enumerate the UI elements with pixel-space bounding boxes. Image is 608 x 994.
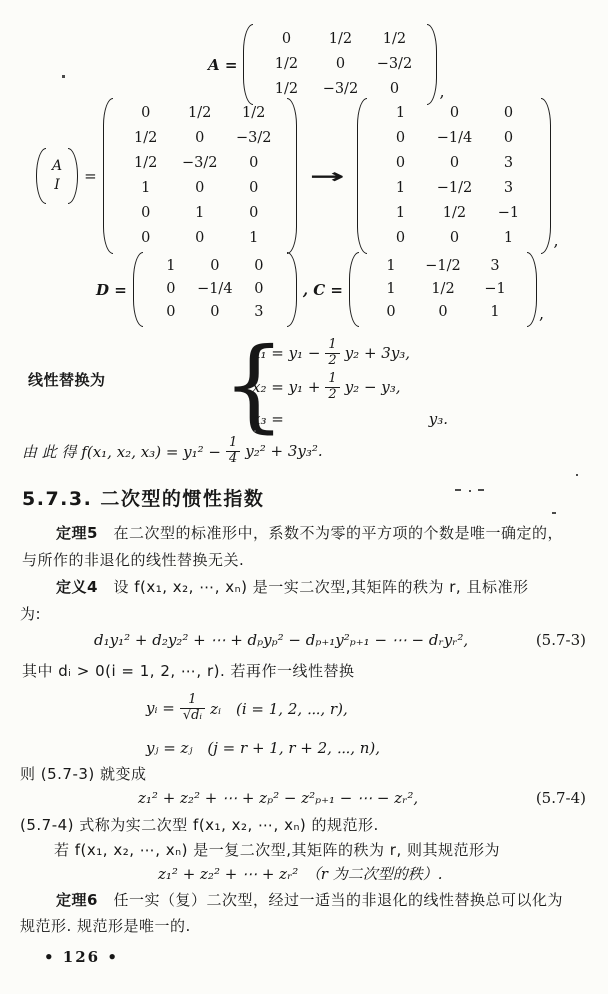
matrix-cell: 0 — [373, 226, 427, 251]
matrix-cell: 0 — [119, 201, 173, 226]
fraction: 1√dᵢ — [180, 693, 205, 723]
matrix-cell: 0 — [481, 126, 535, 151]
matrix-cell: 0 — [427, 151, 481, 176]
matrix-cell: −1 — [481, 201, 535, 226]
matrix-cell: 0 — [173, 176, 227, 201]
matrix-cell: 1/2 — [119, 126, 173, 151]
matrix-cell: 1/2 — [173, 101, 227, 126]
eq-fragment: y₂ − y₃, — [345, 378, 401, 396]
augmented-matrix-after: 100 0−1/40 003 1−1/23 11/2−1 001 — [367, 98, 541, 254]
equation-574-body: z₁² + z₂² + ⋯ + zₚ² − z²ₚ₊₁ − ⋯ − zᵣ², — [138, 789, 418, 807]
definition4-line1: 定义4 设 f(x₁, x₂, ⋯, xₙ) 是一实二次型,其矩阵的秩为 r, … — [56, 575, 528, 599]
matrix-cell: 1 — [373, 101, 427, 126]
eq-fragment: x₁ = y₁ − — [252, 344, 320, 362]
matrix-cell: 0 — [313, 52, 367, 77]
complex-canonical-equation: z₁² + z₂² + ⋯ + zᵣ² （r 为二次型的秩）. — [158, 863, 443, 884]
equals-sign: = — [78, 167, 103, 185]
theorem6-line2: 规范形. 规范形是唯一的. — [20, 914, 191, 938]
matrix-cell: −1/4 — [427, 126, 481, 151]
right-paren — [427, 24, 437, 105]
matrix-a: 01/21/2 1/20−3/2 1/2−3/20 — [253, 24, 427, 105]
normform-line: (5.7-4) 式称为实二次型 f(x₁, x₂, ⋯, xₙ) 的规范形. — [20, 813, 379, 837]
matrix-cell: 1/2 — [119, 151, 173, 176]
fraction-numerator: 1 — [188, 693, 196, 708]
matrix-cell: 1 — [365, 278, 417, 301]
matrix-cell: −1/2 — [427, 176, 481, 201]
matrix-cell: 0 — [173, 226, 227, 251]
scan-speck — [552, 512, 556, 514]
matrix-cell: 0 — [259, 27, 313, 52]
matrix-c: 1−1/23 11/2−1 001 — [359, 252, 527, 327]
substitution-eq2: yⱼ = zⱼ (j = r + 1, r + 2, ⋯, n), — [146, 737, 380, 758]
equation-574-tag: (5.7-4) — [536, 789, 586, 807]
eq-fragment: 由 此 得 f(x₁, x₂, x₃) = y₁² − — [22, 441, 221, 462]
matrix-cell: 0 — [237, 278, 281, 301]
matrix-cell: 0 — [373, 151, 427, 176]
matrix-cell: 1 — [365, 255, 417, 278]
scan-speck — [576, 474, 578, 476]
matrix-cell: 3 — [481, 176, 535, 201]
matrix-cell: 1 — [481, 226, 535, 251]
among-line: 其中 dᵢ > 0(i = 1, 2, ⋯, r). 若再作一线性替换 — [22, 659, 355, 683]
matrix-cell: 0 — [173, 126, 227, 151]
right-paren — [287, 98, 297, 254]
matrix-cell: 1/2 — [313, 27, 367, 52]
fraction-denominator: 2 — [325, 353, 339, 369]
substitution-label: 线性替换为 — [28, 368, 106, 392]
matrix-cell: 0 — [373, 126, 427, 151]
right-paren — [541, 98, 551, 254]
matrix-cell: −1/2 — [417, 255, 469, 278]
left-paren — [349, 252, 359, 327]
eq-fragment: zᵢ (i = 1, 2, ⋯, r), — [210, 698, 348, 719]
theorem6-line1: 定理6 任一实（复）二次型，经过一适当的非退化的线性替换总可以化为 — [56, 888, 563, 912]
eq-fragment: y₃. — [429, 410, 448, 428]
left-paren — [357, 98, 367, 254]
theorem5-text: 在二次型的标准形中，系数不为零的平方项的个数是唯一确定的， — [113, 524, 563, 542]
scan-speck — [455, 489, 461, 491]
matrix-cell: −1/4 — [193, 278, 237, 301]
theorem5-label: 定理5 — [56, 524, 98, 542]
matrix-cell: 0 — [119, 226, 173, 251]
ai-stack: A I — [36, 148, 78, 204]
matrix-cell: 3 — [469, 255, 521, 278]
fraction-numerator: 1 — [328, 338, 336, 353]
fraction-denominator: √dᵢ — [180, 708, 205, 724]
fraction-numerator: 1 — [229, 436, 237, 451]
stack-bottom-i: I — [54, 176, 60, 195]
matrix-c-lhs: , C = — [297, 281, 349, 299]
equation-573: d₁y₁² + d₂y₂² + ⋯ + dₚyₚ² − dₚ₊₁y²ₚ₊₁ − … — [22, 631, 586, 649]
fraction-numerator: 1 — [328, 372, 336, 387]
theorem6-text: 任一实（复）二次型，经过一适当的非退化的线性替换总可以化为 — [113, 891, 563, 909]
scan-speck — [254, 430, 256, 432]
scan-speck — [62, 75, 65, 78]
matrix-cell: 1 — [373, 201, 427, 226]
augmented-matrix-before: 01/21/2 1/20−3/2 1/2−3/20 100 010 001 — [113, 98, 287, 254]
matrix-d-lhs: D = — [90, 281, 133, 299]
substitution-line-3: x₃ = y₃. — [252, 406, 448, 432]
ai-stack-body: A I — [46, 148, 68, 204]
section-heading: 5.7.3. 二次型的惯性指数 — [22, 484, 264, 511]
fraction: 12 — [325, 372, 339, 402]
substitution-line-1: x₁ = y₁ − 12 y₂ + 3y₃, — [252, 338, 448, 368]
definition4-text: 设 f(x₁, x₂, ⋯, xₙ) 是一实二次型,其矩阵的秩为 r, 且标准形 — [113, 578, 528, 596]
eq-fragment: x₃ = — [252, 410, 284, 428]
fraction: 14 — [226, 436, 240, 466]
equation-d-c-matrices: D = 100 0−1/40 003 , C = 1−1/23 11/2−1 0… — [90, 252, 544, 327]
matrix-cell: 1 — [149, 255, 193, 278]
theorem5-line2: 与所作的非退化的线性替换无关. — [22, 548, 244, 572]
scan-speck — [478, 489, 484, 491]
eq-fragment: yᵢ = — [146, 699, 175, 717]
matrix-cell: 0 — [427, 101, 481, 126]
equation-gauss-elimination: A I = 01/21/2 1/20−3/2 1/2−3/20 100 010 … — [36, 98, 559, 254]
left-paren — [103, 98, 113, 254]
then-line: 则 (5.7-3) 就变成 — [20, 762, 147, 786]
matrix-a-lhs: A = — [202, 56, 243, 74]
matrix-cell: −3/2 — [173, 151, 227, 176]
matrix-cell: 1 — [227, 226, 281, 251]
matrix-cell: −3/2 — [367, 52, 421, 77]
matrix-cell: 0 — [427, 226, 481, 251]
right-paren — [287, 252, 297, 327]
eq-fragment: x₂ = y₁ + — [252, 378, 320, 396]
matrix-cell: 1/2 — [227, 101, 281, 126]
definition4-label: 定义4 — [56, 578, 98, 596]
matrix-cell: 1 — [173, 201, 227, 226]
fraction-denominator: 4 — [226, 451, 240, 467]
result-equation: 由 此 得 f(x₁, x₂, x₃) = y₁² − 14 y₂² + 3y₃… — [22, 434, 323, 468]
substitution-system: x₁ = y₁ − 12 y₂ + 3y₃, x₂ = y₁ + 12 y₂ −… — [252, 338, 448, 432]
matrix-cell: 0 — [193, 301, 237, 324]
matrix-cell: 0 — [417, 301, 469, 324]
equation-573-body: d₁y₁² + d₂y₂² + ⋯ + dₚyₚ² − dₚ₊₁y²ₚ₊₁ − … — [94, 631, 468, 649]
matrix-cell: 0 — [193, 255, 237, 278]
matrix-cell: 1/2 — [417, 278, 469, 301]
matrix-cell: 0 — [365, 301, 417, 324]
right-paren — [527, 252, 537, 327]
equation-matrix-a: A = 01/21/2 1/20−3/2 1/2−3/20 , — [202, 24, 445, 105]
matrix-cell: 3 — [481, 151, 535, 176]
matrix-cell: 1 — [119, 176, 173, 201]
right-arrow-icon: → — [309, 164, 344, 188]
substitution-line-2: x₂ = y₁ + 12 y₂ − y₃, — [252, 372, 448, 402]
matrix-cell: 1/2 — [427, 201, 481, 226]
comma: , — [551, 231, 558, 254]
matrix-cell: 1/2 — [259, 52, 313, 77]
scan-speck — [469, 490, 471, 492]
fraction: 12 — [325, 338, 339, 368]
complex-line: 若 f(x₁, x₂, ⋯, xₙ) 是一复二次型,其矩阵的秩为 r, 则其规范… — [54, 838, 500, 862]
theorem5-line1: 定理5 在二次型的标准形中，系数不为零的平方项的个数是唯一确定的， — [56, 521, 563, 545]
matrix-cell: 0 — [149, 301, 193, 324]
definition4-line2: 为: — [20, 602, 41, 626]
matrix-cell: 1 — [469, 301, 521, 324]
matrix-cell: 0 — [119, 101, 173, 126]
matrix-cell: 0 — [227, 176, 281, 201]
substitution-eq1: yᵢ = 1√dᵢ zᵢ (i = 1, 2, ⋯, r), — [146, 688, 348, 728]
eq-fragment: y₂² + 3y₃². — [245, 442, 322, 460]
right-paren — [68, 148, 78, 204]
fraction-denominator: 2 — [325, 387, 339, 403]
matrix-cell: 1 — [373, 176, 427, 201]
comma: , — [537, 304, 544, 327]
left-paren — [243, 24, 253, 105]
matrix-cell: −3/2 — [227, 126, 281, 151]
textbook-page: A = 01/21/2 1/20−3/2 1/2−3/20 , A I = 01… — [0, 0, 608, 994]
matrix-cell: 3 — [237, 301, 281, 324]
matrix-cell: −1 — [469, 278, 521, 301]
matrix-cell: 0 — [227, 201, 281, 226]
matrix-cell: 1/2 — [367, 27, 421, 52]
page-number: • 126 • — [44, 948, 119, 966]
matrix-cell: 0 — [481, 101, 535, 126]
matrix-cell: 0 — [149, 278, 193, 301]
matrix-cell: 0 — [227, 151, 281, 176]
matrix-cell: 0 — [237, 255, 281, 278]
left-paren — [36, 148, 46, 204]
stack-top-a: A — [52, 157, 62, 176]
theorem6-label: 定理6 — [56, 891, 98, 909]
equation-573-tag: (5.7-3) — [536, 631, 586, 649]
matrix-d: 100 0−1/40 003 — [143, 252, 287, 327]
equation-574: z₁² + z₂² + ⋯ + zₚ² − z²ₚ₊₁ − ⋯ − zᵣ², (… — [22, 789, 586, 807]
eq-fragment: y₂ + 3y₃, — [345, 344, 410, 362]
left-paren — [133, 252, 143, 327]
